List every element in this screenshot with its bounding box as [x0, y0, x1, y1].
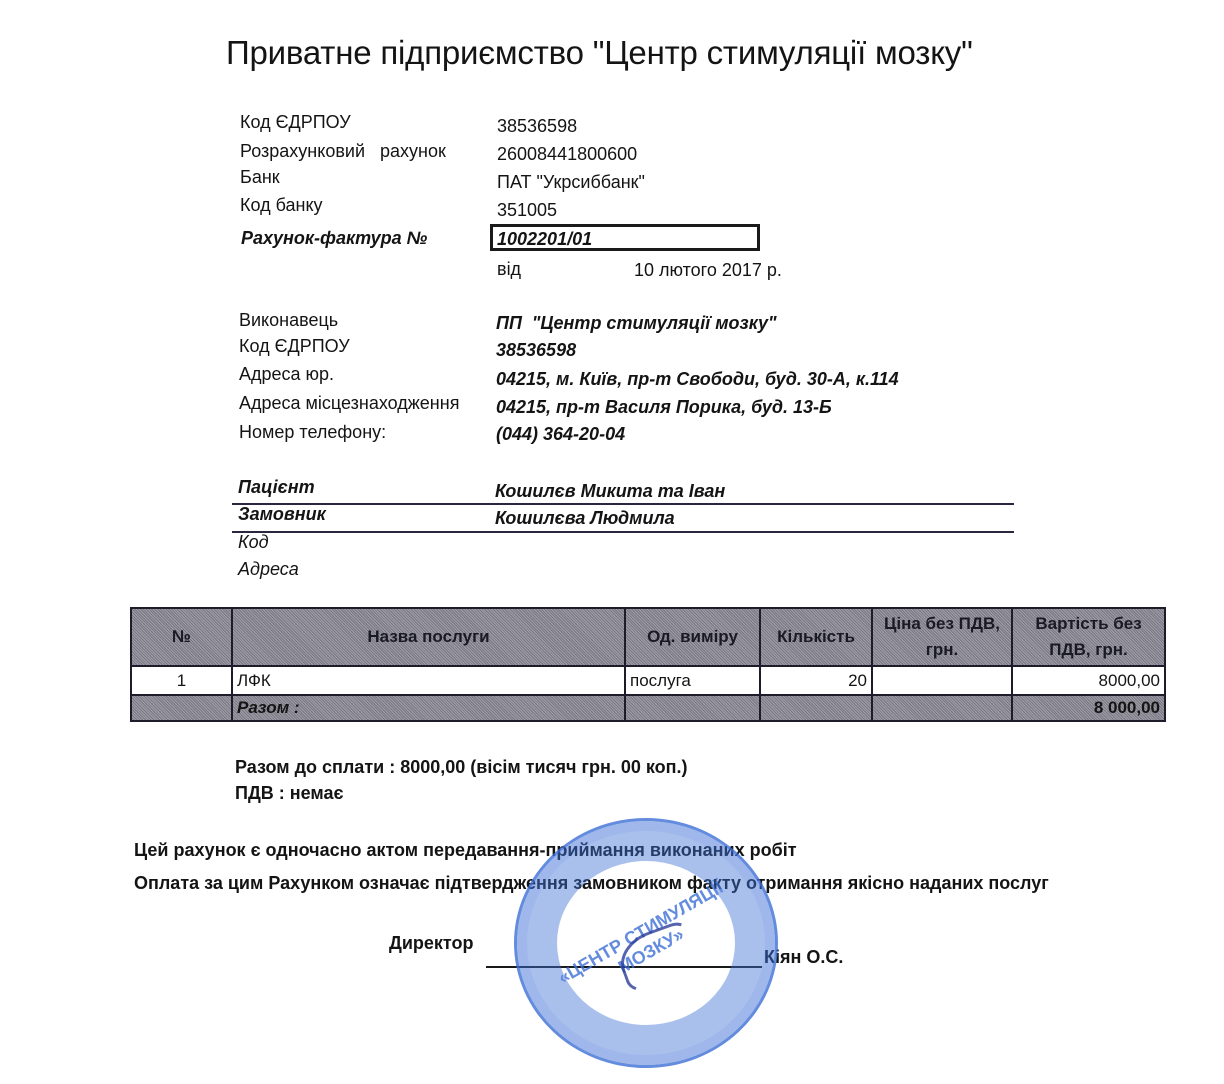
row-unit: послуга [625, 666, 760, 695]
col-header-service: Назва послуги [232, 608, 625, 666]
bank-value: ПАТ "Укрсиббанк" [497, 172, 645, 193]
row-number: 1 [131, 666, 232, 695]
document-title: Приватне підприємство "Центр стимуляції … [226, 34, 973, 72]
edrpou-value: 38536598 [497, 116, 577, 137]
date-label: від [497, 259, 521, 280]
customer-label: Замовник [238, 504, 326, 525]
invoice-number-box: 1002201/01 [490, 224, 760, 251]
invoice-label: Рахунок-фактура № [241, 228, 427, 249]
location-label: Адреса місцезнаходження [239, 393, 459, 414]
invoice-date: 10 лютого 2017 р. [634, 260, 782, 281]
row-service: ЛФК [232, 666, 625, 695]
customer-address-label: Адреса [238, 559, 299, 580]
customer-value: Кошилєва Людмила [495, 508, 675, 529]
items-table: № Назва послуги Од. виміру Кількість Цін… [130, 607, 1166, 722]
executor-edrpou-value: 38536598 [496, 340, 576, 361]
vat-note: ПДВ : немає [235, 783, 343, 804]
legal-address-value: 04215, м. Київ, пр-т Свободи, буд. 30-А,… [496, 369, 899, 390]
col-header-unit: Од. виміру [625, 608, 760, 666]
patient-value: Кошилєв Микита та Іван [495, 481, 725, 502]
bank-label: Банк [240, 167, 280, 188]
row-price [872, 666, 1012, 695]
executor-value: ПП "Центр стимуляції мозку" [496, 313, 777, 334]
table-row: 1 ЛФК послуга 20 8000,00 [131, 666, 1165, 695]
col-header-price: Ціна без ПДВ, грн. [872, 608, 1012, 666]
executor-edrpou-label: Код ЄДРПОУ [239, 336, 350, 357]
customer-rule [232, 531, 1014, 533]
amount-to-pay: Разом до сплати : 8000,00 (вісім тисяч г… [235, 757, 688, 778]
phone-label: Номер телефону: [239, 422, 386, 443]
total-label: Разом : [232, 695, 625, 721]
bank-code-label: Код банку [240, 195, 323, 216]
director-label: Директор [389, 933, 473, 954]
col-header-amount: Вартість без ПДВ, грн. [1012, 608, 1165, 666]
account-value: 26008441800600 [497, 144, 637, 165]
col-header-qty: Кількість [760, 608, 872, 666]
invoice-number: 1002201/01 [497, 229, 592, 250]
row-amount: 8000,00 [1012, 666, 1165, 695]
bank-code-value: 351005 [497, 200, 557, 221]
customer-code-label: Код [238, 532, 269, 553]
phone-value: (044) 364-20-04 [496, 424, 625, 445]
col-header-number: № [131, 608, 232, 666]
edrpou-label: Код ЄДРПОУ [240, 112, 351, 133]
executor-label: Виконавець [239, 310, 338, 331]
table-total-row: Разом : 8 000,00 [131, 695, 1165, 721]
total-value: 8 000,00 [1012, 695, 1165, 721]
account-label: Розрахунковий рахунок [240, 141, 446, 162]
legal-address-label: Адреса юр. [239, 364, 334, 385]
patient-rule [232, 503, 1014, 505]
table-header-row: № Назва послуги Од. виміру Кількість Цін… [131, 608, 1165, 666]
row-qty: 20 [760, 666, 872, 695]
patient-label: Пацієнт [238, 477, 315, 498]
location-value: 04215, пр-т Василя Порика, буд. 13-Б [496, 397, 832, 418]
